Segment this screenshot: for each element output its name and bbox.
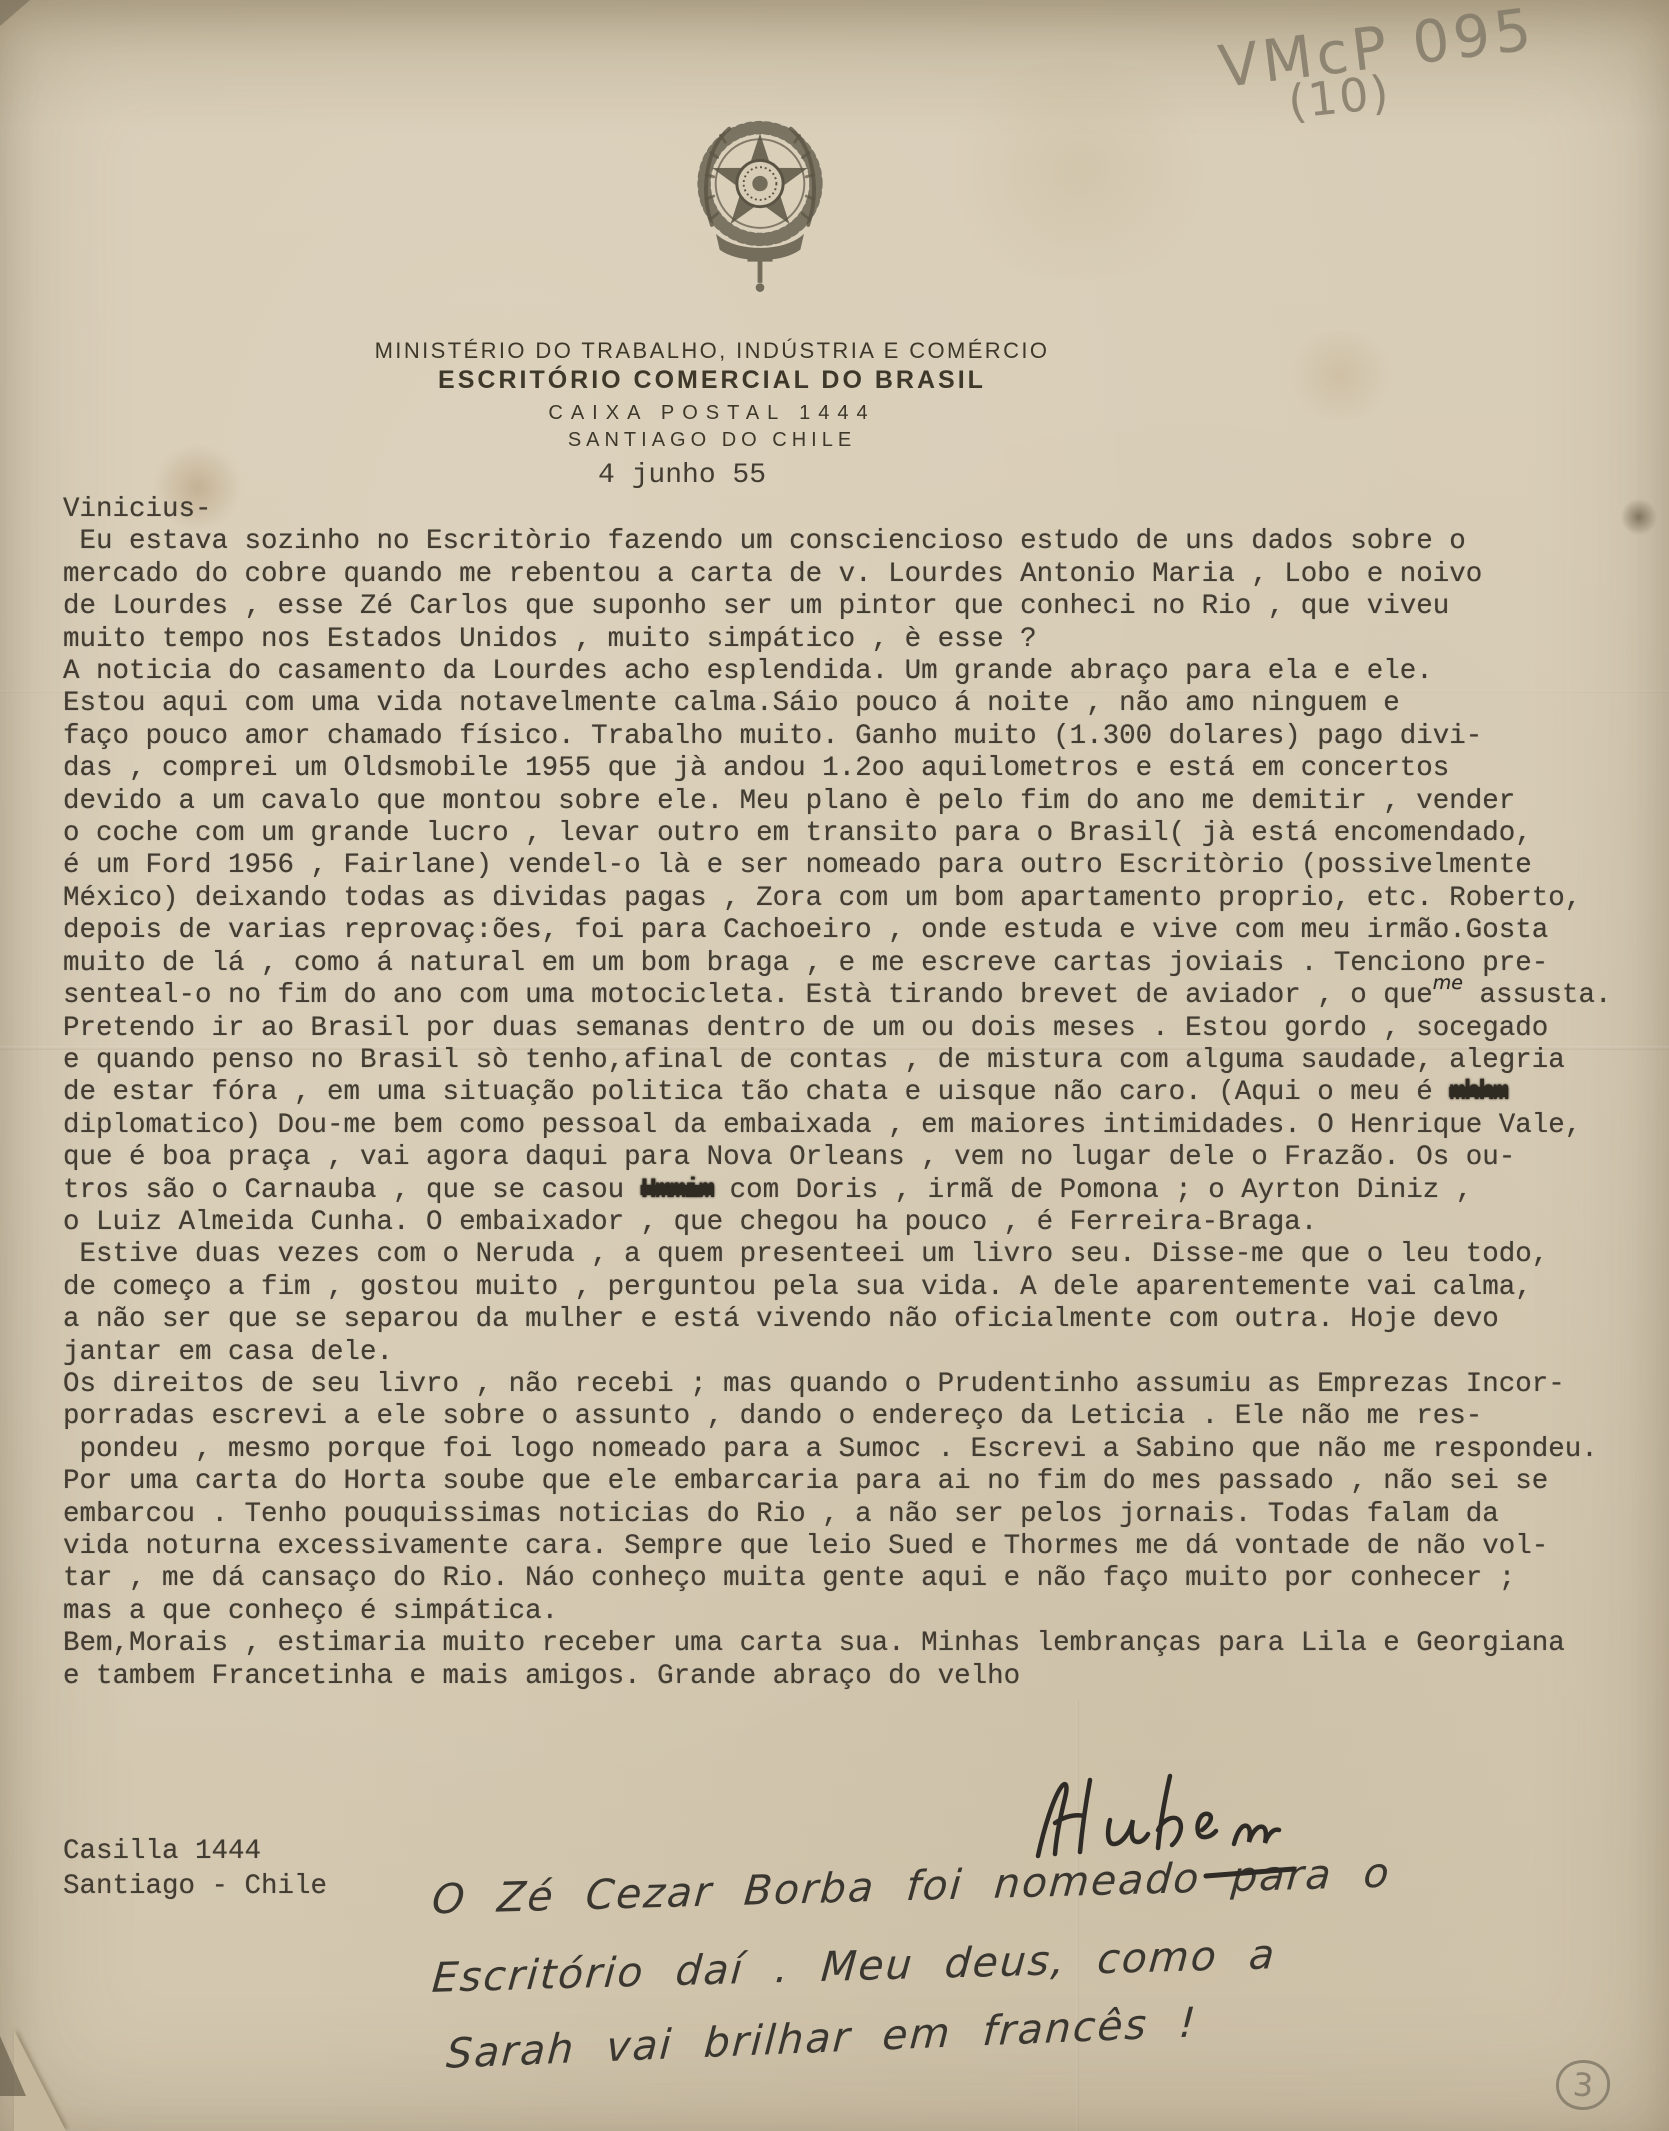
typed-line: Pretendo ir ao Brasil por duas semanas d… (63, 1013, 1643, 1045)
struck-out-text: Hmmim (641, 1175, 714, 1206)
typed-line: muito de lá , como á natural em um bom b… (63, 948, 1643, 980)
sender-address-line: Casilla 1444 (63, 1834, 327, 1869)
typed-text: assusta. (1463, 980, 1612, 1011)
struck-out-text: mhhm (1449, 1077, 1507, 1108)
typed-line: embarcou . Tenho pouquissimas noticias d… (63, 1499, 1643, 1531)
typed-line: Eu estava sozinho no Escritòrio fazendo … (63, 526, 1643, 558)
typed-line: das , comprei um Oldsmobile 1955 que jà … (63, 753, 1643, 785)
typed-line: é um Ford 1956 , Fairlane) vendel-o là e… (63, 850, 1643, 882)
typed-line: faço pouco amor chamado físico. Trabalho… (63, 721, 1643, 753)
letterhead-pobox: CAIXA POSTAL 1444 (0, 402, 1424, 425)
circled-page-number: 3 (1554, 2058, 1611, 2112)
typed-line: senteal-o no fim do ano com uma motocicl… (63, 980, 1643, 1012)
typed-line: tar , me dá cansaço do Rio. Náo conheço … (63, 1563, 1643, 1595)
typed-line: Estive duas vezes com o Neruda , a quem … (63, 1239, 1643, 1271)
typed-line: pondeu , mesmo porque foi logo nomeado p… (63, 1434, 1643, 1466)
typed-line: muito tempo nos Estados Unidos , muito s… (63, 624, 1643, 656)
typed-line: de estar fóra , em uma situação politica… (63, 1077, 1643, 1109)
typed-line: a não ser que se separou da mulher e est… (63, 1304, 1643, 1336)
typed-line: o coche com um grande lucro , levar outr… (63, 818, 1643, 850)
typed-text: senteal-o no fim do ano com uma motocicl… (63, 980, 1433, 1011)
typed-line: mercado do cobre quando me rebentou a ca… (63, 559, 1643, 591)
typed-line: México) deixando todas as dividas pagas … (63, 883, 1643, 915)
typed-text: de estar fóra , em uma situação politica… (63, 1077, 1449, 1108)
typed-line: mas a que conheço é simpática. (63, 1596, 1643, 1628)
typed-line: Os direitos de seu livro , não recebi ; … (63, 1369, 1643, 1401)
typed-text: com Doris , irmã de Pomona ; o Ayrton Di… (713, 1175, 1472, 1206)
letterhead-ministry: MINISTÉRIO DO TRABALHO, INDÚSTRIA E COMÉ… (0, 338, 1424, 364)
typed-line: porradas escrevi a ele sobre o assunto ,… (63, 1401, 1643, 1433)
typed-line: de Lourdes , esse Zé Carlos que suponho … (63, 591, 1643, 623)
typed-line: e quando penso no Brasil sò tenho,afinal… (63, 1045, 1643, 1077)
typed-line: Bem,Morais , estimaria muito receber uma… (63, 1628, 1643, 1660)
letter-date: 4 junho 55 (598, 460, 766, 491)
typed-line: diplomatico) Dou-me bem como pessoal da … (63, 1110, 1643, 1142)
letter-scan-page: VMcP 095 (10) MINISTÉRIO DO TRABALHO, IN… (0, 0, 1669, 2131)
scan-corner-shadow (0, 2036, 26, 2096)
sender-address: Casilla 1444 Santiago - Chile (63, 1834, 327, 1904)
typed-line: devido a um cavalo que montou sobre ele.… (63, 786, 1643, 818)
paper-stain (930, 60, 1230, 280)
typed-line: jantar em casa dele. (63, 1337, 1643, 1369)
typed-line: que é boa praça , vai agora daqui para N… (63, 1142, 1643, 1174)
typed-line: o Luiz Almeida Cunha. O embaixador , que… (63, 1207, 1643, 1239)
postscript-line: O Zé Cezar Borba foi nomeado para o (430, 1849, 1392, 1924)
sender-address-line: Santiago - Chile (63, 1869, 327, 1904)
typed-line: Estou aqui com uma vida notavelmente cal… (63, 688, 1643, 720)
letterhead-city: SANTIAGO DO CHILE (0, 429, 1424, 452)
typed-line: Por uma carta do Horta soube que ele emb… (63, 1466, 1643, 1498)
letterhead-office: ESCRITÓRIO COMERCIAL DO BRASIL (0, 366, 1424, 395)
typed-text: tros são o Carnauba , que se casou (63, 1175, 641, 1206)
handwritten-insertion: me (1433, 972, 1463, 994)
salutation: Vinicius- (63, 494, 1643, 526)
brazil-coat-of-arms-icon (688, 92, 832, 304)
typed-line: depois de varias reprovaç:ões, foi para … (63, 915, 1643, 947)
typed-line: tros são o Carnauba , que se casou Hmmim… (63, 1175, 1643, 1207)
typed-line: vida noturna excessivamente cara. Sempre… (63, 1531, 1643, 1563)
typed-line: de começo a fim , gostou muito , pergunt… (63, 1272, 1643, 1304)
postscript-line: Sarah vai brilhar em francês ! (445, 1998, 1199, 2078)
typed-line: A noticia do casamento da Lourdes acho e… (63, 656, 1643, 688)
archival-code-pencil: (10) (1285, 65, 1393, 129)
typed-line: e tambem Francetinha e mais amigos. Gran… (63, 1661, 1643, 1693)
paper-crease (1076, 1700, 1079, 2131)
letter-body: Vinicius- Eu estava sozinho no Escritòri… (63, 494, 1643, 1693)
scan-corner-shadow (0, 0, 30, 26)
postscript-line: Escritório daí . Meu deus, como a (430, 1930, 1278, 2002)
